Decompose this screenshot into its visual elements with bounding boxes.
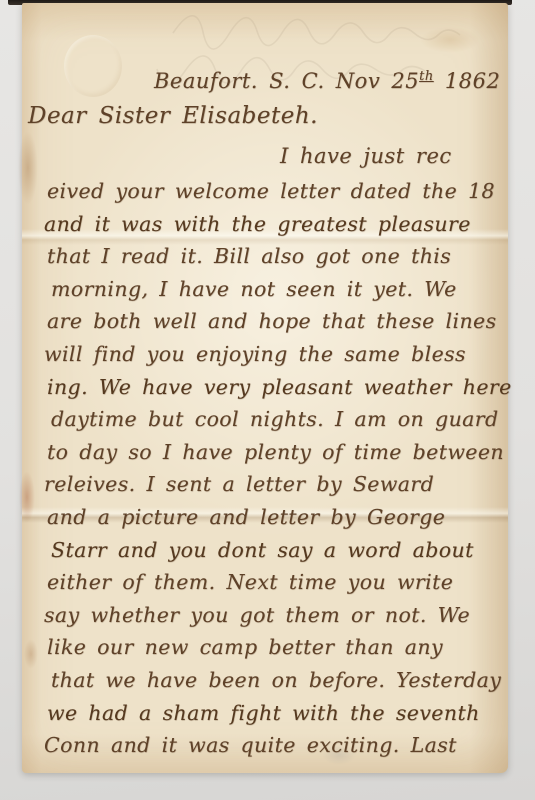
edge-stain: [19, 471, 35, 523]
salutation: Dear Sister Elisabeteh.: [28, 103, 318, 129]
letter-line: morning, I have not seen it yet. We: [44, 273, 500, 306]
dateline: Beaufort. S. C. Nov 25th 1862: [154, 69, 500, 93]
letter-line: ing. We have very pleasant weather here: [44, 371, 500, 404]
letter-line: that we have been on before. Yesterday: [44, 664, 500, 697]
dateline-year: 1862: [445, 69, 500, 93]
letter-page: Beaufort. S. C. Nov 25th 1862 Dear Siste…: [22, 3, 508, 773]
dateline-ordinal: th: [419, 69, 434, 84]
letter-opening-line: I have just rec: [280, 144, 452, 168]
letter-line: to day so I have plenty of time between: [44, 436, 500, 469]
letter-line: and it was with the greatest pleasure: [44, 208, 500, 241]
letter-line: either of them. Next time you write: [44, 566, 500, 599]
edge-stain: [24, 639, 38, 669]
letter-line: we had a sham fight with the seventh: [44, 697, 500, 730]
letter-line: daytime but cool nights. I am on guard: [44, 403, 500, 436]
letter-line: eived your welcome letter dated the 18: [44, 175, 500, 208]
letter-line: Conn and it was quite exciting. Last: [44, 729, 500, 762]
letter-line: Starr and you dont say a word about: [44, 534, 500, 567]
letter-line: will find you enjoying the same bless: [44, 338, 500, 371]
letter-line: are both well and hope that these lines: [44, 305, 500, 338]
letter-line: that I read it. Bill also got one this: [44, 240, 500, 273]
edge-stain: [18, 131, 38, 205]
scanner-background: Beaufort. S. C. Nov 25th 1862 Dear Siste…: [0, 0, 535, 800]
embossed-seal: [64, 35, 122, 97]
letter-line: releives. I sent a letter by Seward: [44, 468, 500, 501]
letter-line: and a picture and letter by George: [44, 501, 500, 534]
letter-line: say whether you got them or not. We: [44, 599, 500, 632]
letter-line: like our new camp better than any: [44, 631, 500, 664]
dateline-place-day: Beaufort. S. C. Nov 25: [154, 69, 419, 93]
letter-body: eived your welcome letter dated the 18 a…: [44, 175, 500, 762]
